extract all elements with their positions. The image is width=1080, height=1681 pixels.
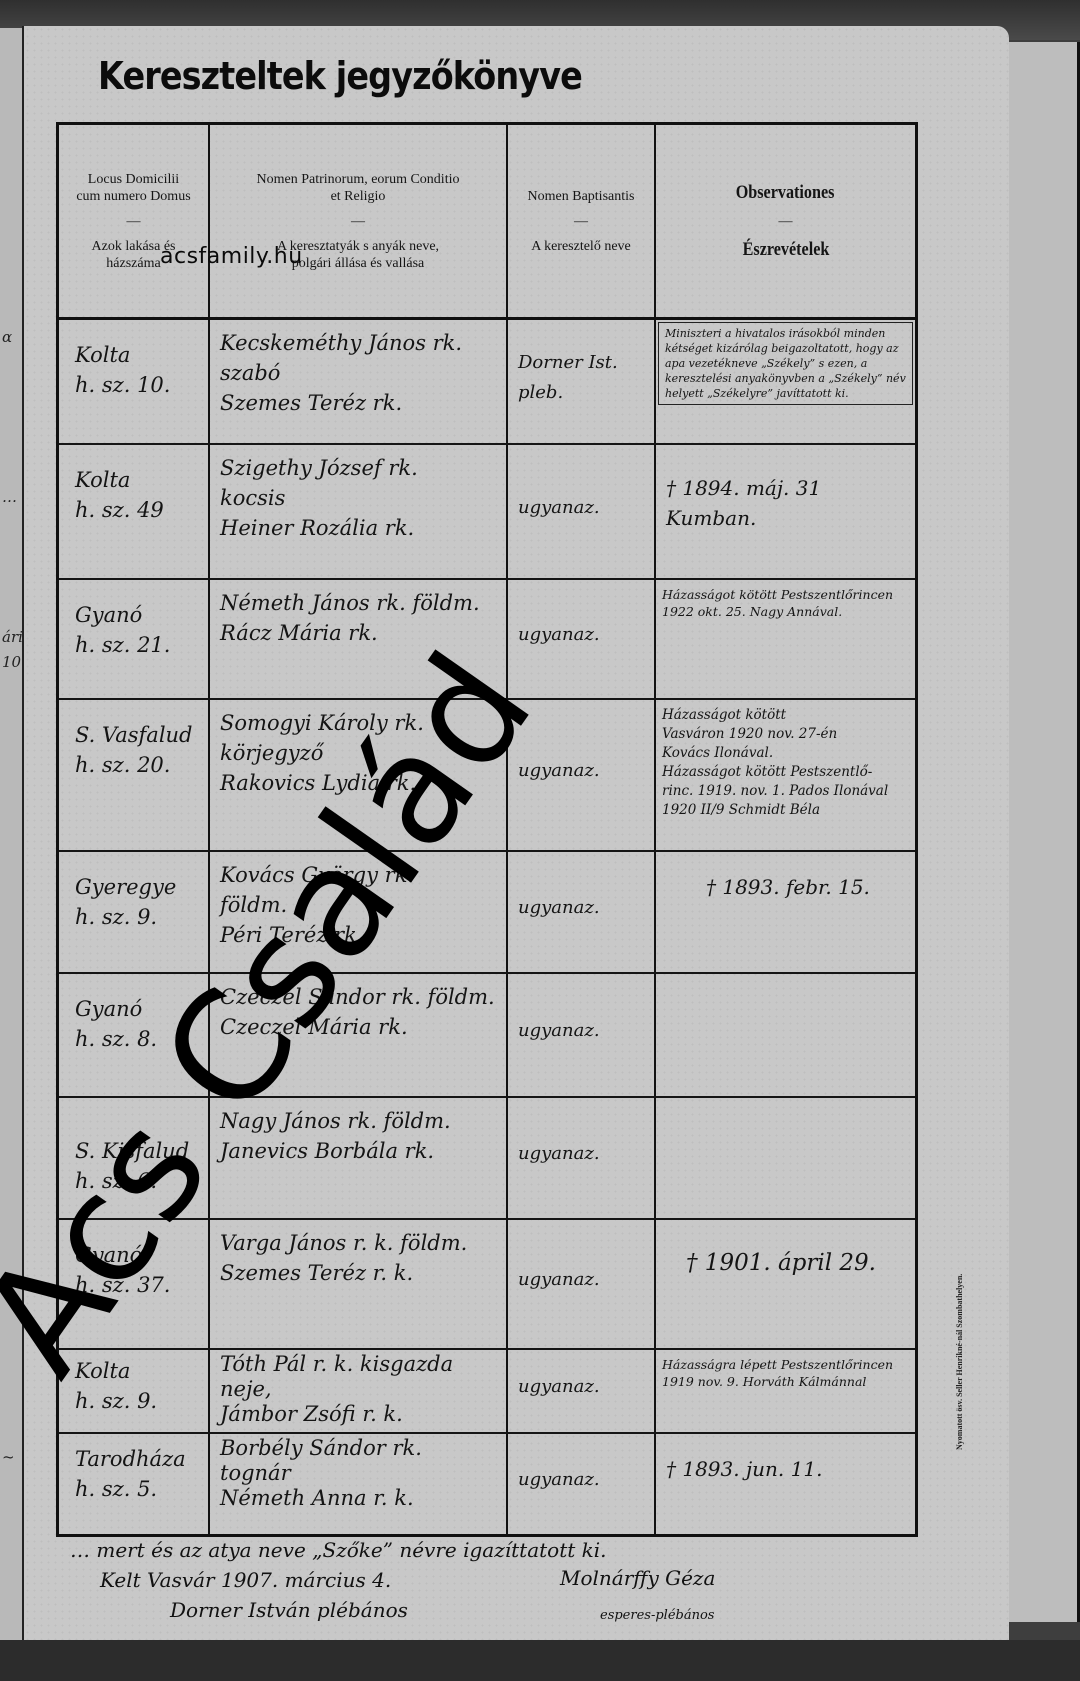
correction-note: … mert és az atya neve „Szőke” névre iga… <box>60 1535 940 1625</box>
margin-scribble: ári <box>2 628 23 646</box>
table-row: Tarodháza h. sz. 5. Borbély Sándor rk. t… <box>59 1434 915 1534</box>
observations-cell: † 1901. ápril 29. <box>656 1220 915 1286</box>
godparents-cell: Kovács György rk. földm. Péri Teréz rk. <box>210 852 506 958</box>
baptiser-cell: ugyanaz. <box>508 974 654 1096</box>
baptiser-cell: ugyanaz. <box>508 852 654 972</box>
domicile-cell: Gyanó h. sz. 21. <box>59 580 208 668</box>
godparents-cell: Somogyi Károly rk. körjegyző Rakovics Ly… <box>210 700 506 806</box>
margin-scribble: ɑ <box>2 328 12 346</box>
observations-cell <box>656 974 915 990</box>
domicile-cell: Kolta h. sz. 9. <box>59 1350 208 1424</box>
table-row: Gyeregye h. sz. 9. Kovács György rk. föl… <box>59 852 915 974</box>
header-baptiser: Nomen Baptisantis — A keresztelő neve <box>508 125 656 317</box>
godparents-cell: Nagy János rk. földm. Janevics Borbála r… <box>210 1098 506 1174</box>
baptiser-cell: ugyanaz. <box>508 1220 654 1348</box>
observations-cell: Házasságot kötött Pestszentlőrincen 1922… <box>656 580 915 626</box>
header-observations: Observationes — Észrevételek <box>656 125 915 317</box>
domicile-cell: Gyanó h. sz. 8. <box>59 974 208 1062</box>
godparents-cell: Kecskeméthy János rk. szabó Szemes Teréz… <box>210 320 506 426</box>
godparents-cell: Tóth Pál r. k. kisgazda neje, Jámbor Zsó… <box>210 1350 506 1435</box>
baptiser-cell: ugyanaz. <box>508 1350 654 1432</box>
observations-cell: Miniszteri a hivatalos irásokból minden … <box>658 322 913 405</box>
site-watermark: acsfamily.hu <box>160 244 303 269</box>
table-row: S. Kisfalud h. sz. 6. Nagy János rk. föl… <box>59 1098 915 1220</box>
observations-cell: † 1893. febr. 15. <box>656 852 915 910</box>
note-line-1: … mert és az atya neve „Szőke” névre iga… <box>60 1535 940 1565</box>
observations-cell: † 1894. máj. 31 Kumban. <box>656 445 915 541</box>
domicile-cell: Gyanó h. sz. 37. <box>59 1220 208 1308</box>
table-row: Kolta h. sz. 49 Szigethy József rk. kocs… <box>59 445 915 580</box>
observations-cell <box>656 1098 915 1114</box>
table-row: S. Vasfalud h. sz. 20. Somogyi Károly rk… <box>59 700 915 852</box>
domicile-cell: Kolta h. sz. 49 <box>59 445 208 533</box>
margin-scribble: ~ <box>2 1448 15 1466</box>
baptiser-cell: ugyanaz. <box>508 445 654 578</box>
baptism-register-table: Locus Domicilii cum numero Domus — Azok … <box>56 122 918 1537</box>
baptiser-cell: Dorner Ist. pleb. <box>508 320 654 443</box>
note-line-2: Kelt Vasvár 1907. március 4. <box>60 1565 940 1595</box>
domicile-cell: Kolta h. sz. 10. <box>59 320 208 408</box>
table-row: Gyanó h. sz. 37. Varga János r. k. földm… <box>59 1220 915 1350</box>
baptiser-cell: ugyanaz. <box>508 1098 654 1218</box>
right-page-edge <box>1005 42 1080 1622</box>
godparents-cell: Borbély Sándor rk. tognár Németh Anna r.… <box>210 1434 506 1519</box>
page-title: Kereszteltek jegyzőkönyve <box>98 54 582 98</box>
godparents-cell: Varga János r. k. földm. Szemes Teréz r.… <box>210 1220 506 1296</box>
domicile-cell: Tarodháza h. sz. 5. <box>59 1434 208 1512</box>
baptiser-cell: ugyanaz. <box>508 580 654 698</box>
observations-cell: † 1893. jun. 11. <box>656 1434 915 1492</box>
dean-title: esperes-plébános <box>600 1601 714 1631</box>
domicile-cell: S. Vasfalud h. sz. 20. <box>59 700 208 788</box>
domicile-cell: Gyeregye h. sz. 9. <box>59 852 208 940</box>
godparents-cell: Czeczel Sándor rk. földm. Czeczel Mária … <box>210 974 506 1050</box>
header-godparents: Nomen Patrinorum, eorum Conditio et Reli… <box>210 125 508 317</box>
table-row: Gyanó h. sz. 21. Németh János rk. földm.… <box>59 580 915 700</box>
table-row: Gyanó h. sz. 8. Czeczel Sándor rk. földm… <box>59 974 915 1098</box>
table-header: Locus Domicilii cum numero Domus — Azok … <box>59 125 915 320</box>
header-domicile: Locus Domicilii cum numero Domus — Azok … <box>59 125 210 317</box>
godparents-cell: Németh János rk. földm. Rácz Mária rk. <box>210 580 506 656</box>
signature-dean: Molnárffy Géza <box>560 1563 715 1593</box>
margin-scribble: 10 <box>2 653 21 671</box>
signature-priest: Dorner István plébános <box>60 1595 940 1625</box>
domicile-cell: S. Kisfalud h. sz. 6. <box>59 1098 208 1204</box>
godparents-cell: Szigethy József rk. kocsis Heiner Rozáli… <box>210 445 506 551</box>
observations-cell: Házasságra lépett Pestszentlőrincen 1919… <box>656 1350 915 1396</box>
table-row: Kolta h. sz. 9. Tóth Pál r. k. kisgazda … <box>59 1350 915 1434</box>
baptiser-cell: ugyanaz. <box>508 1434 654 1534</box>
printer-imprint: Nyomatott ösv. Seller Henrikné-nál Szomb… <box>955 1230 969 1450</box>
observations-cell: Házasságot kötött Vasváron 1920 nov. 27-… <box>656 700 915 826</box>
table-row: Kolta h. sz. 10. Kecskeméthy János rk. s… <box>59 320 915 445</box>
margin-scribble: … <box>2 488 17 506</box>
baptiser-cell: ugyanaz. <box>508 700 654 850</box>
scan-background-bottom <box>0 1640 1080 1681</box>
